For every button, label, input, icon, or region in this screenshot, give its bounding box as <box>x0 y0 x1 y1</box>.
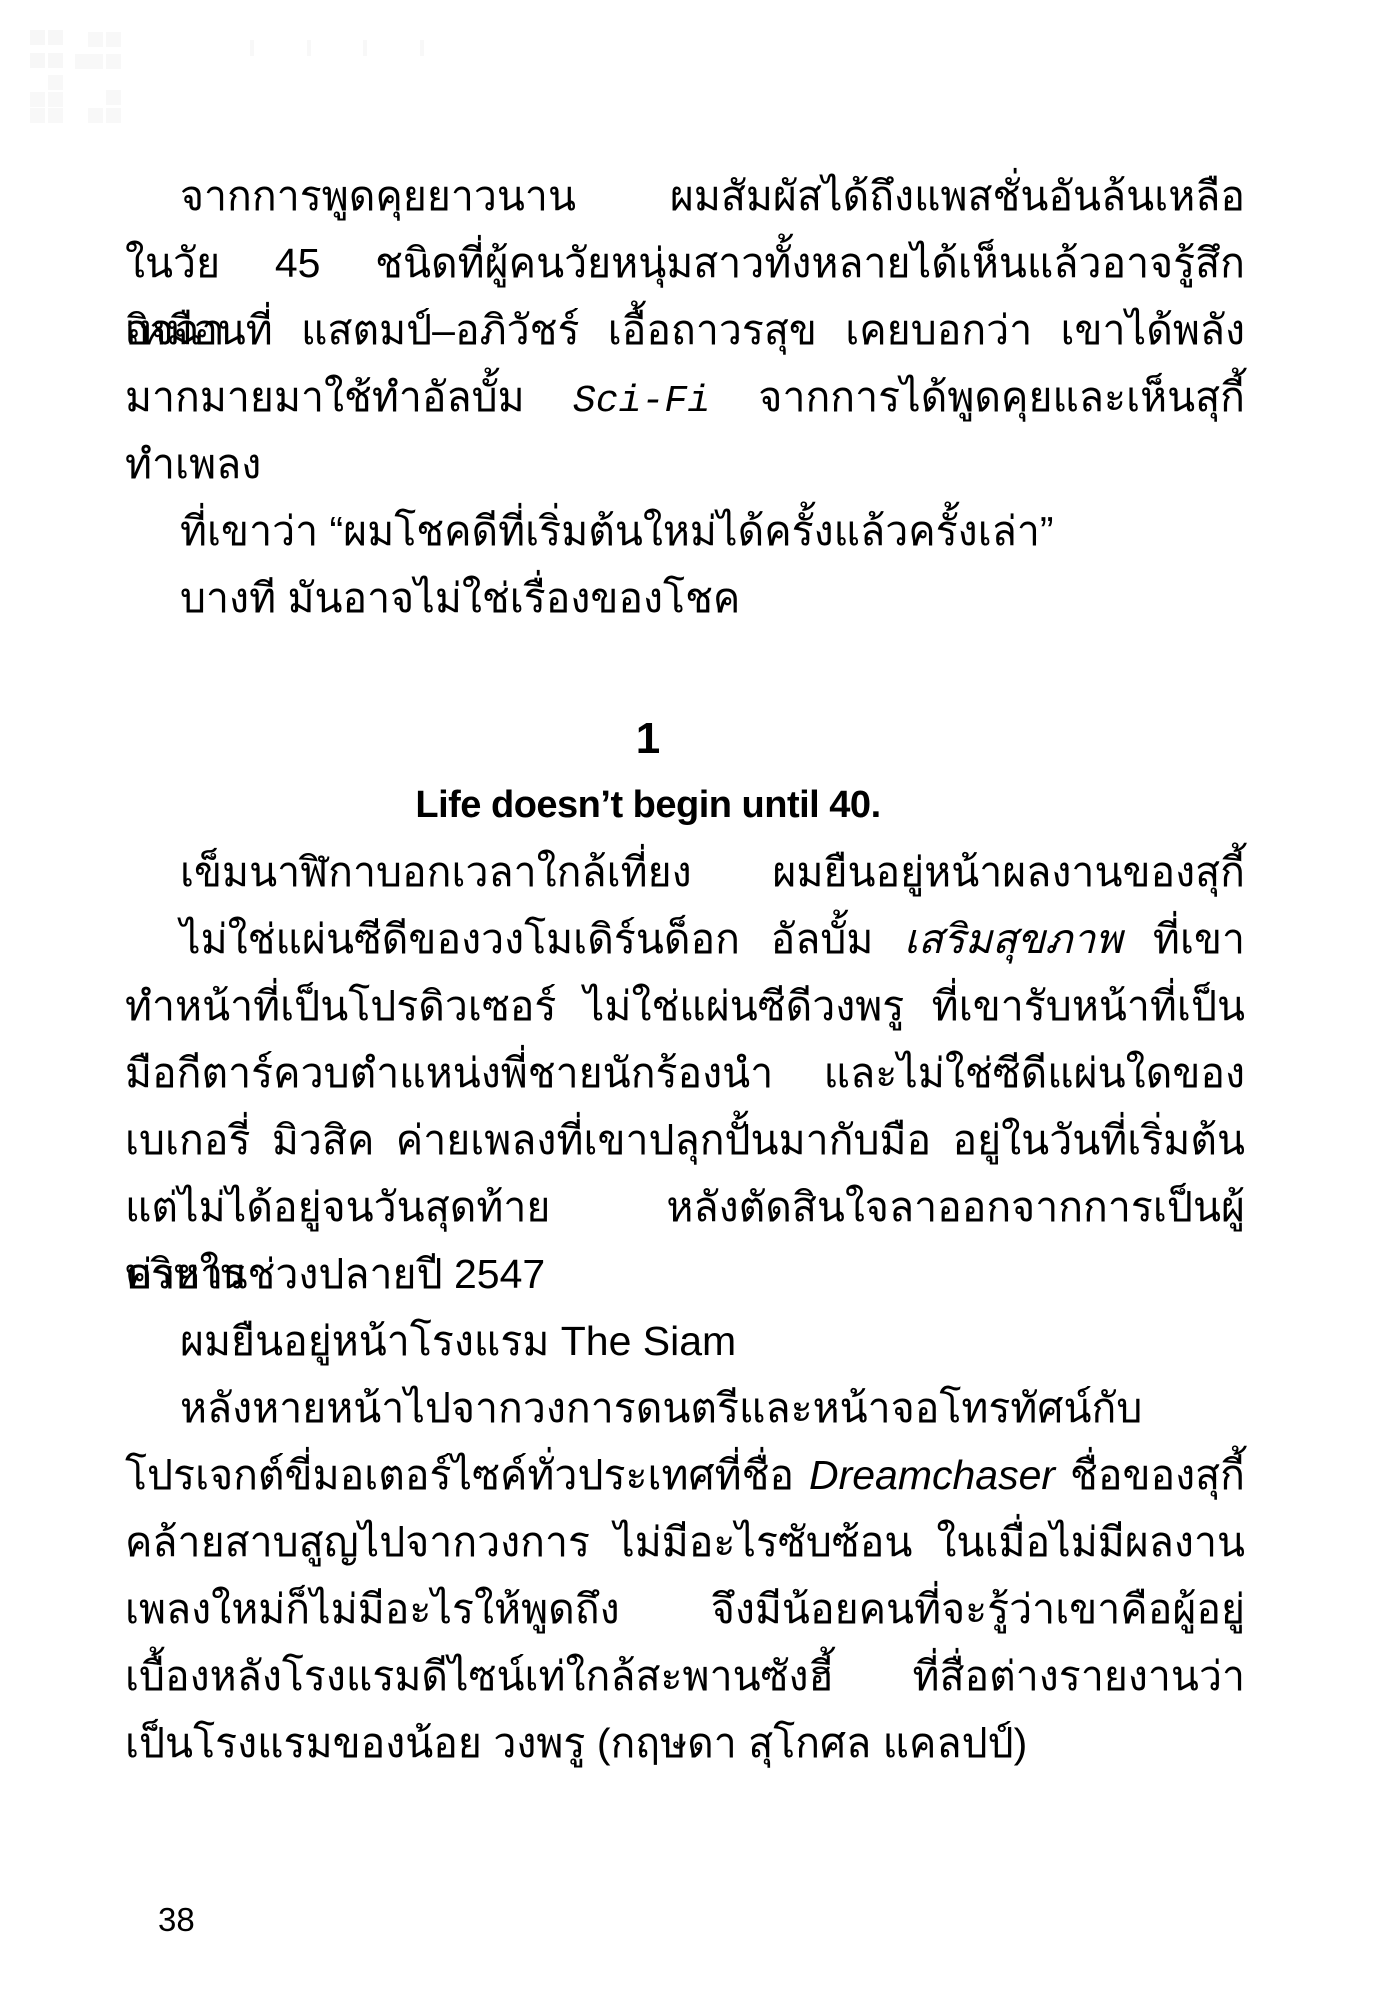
text-segment: จากการได้พูดคุยและเห็นสุกี้ <box>710 374 1245 420</box>
text-segment: โปรเจกต์ขี่มอเตอร์ไซค์ทั่วประเทศที่ชื่อ <box>125 1452 809 1498</box>
print-bleed-artifact <box>30 30 45 45</box>
text-segment: มือกีตาร์ควบตำแหน่งพี่ชายนักร้องนำ และไม… <box>125 1050 1245 1096</box>
text-line: เข็มนาฬิกาบอกเวลาใกล้เที่ยง ผมยืนอยู่หน้… <box>125 839 1245 906</box>
text-line: คล้ายสาบสูญไปจากวงการ ไม่มีอะไรซับซ้อน ใ… <box>125 1509 1245 1576</box>
text-line: เพลงใหม่ก็ไม่มีอะไรให้พูดถึง จึงมีน้อยคน… <box>125 1576 1245 1643</box>
text-segment: มากมายมาใช้ทำอัลบั้ม <box>125 374 573 420</box>
text-segment: ที่เขา <box>1122 916 1245 962</box>
text-segment: เหมือนที่ แสตมป์–อภิวัชร์ เอื้อถาวรสุข เ… <box>125 307 1245 353</box>
text-line: ไม่ใช่แผ่นซีดีของวงโมเดิร์นด็อก อัลบั้ม … <box>125 906 1245 973</box>
text-line: เป็นโรงแรมของน้อย วงพรู (กฤษดา สุโกศล แค… <box>125 1710 1245 1777</box>
text-line: หลังหายหน้าไปจากวงการดนตรีและหน้าจอโทรทั… <box>125 1375 1245 1442</box>
page-number: 38 <box>158 1902 195 1938</box>
intro-paragraphs: จากการพูดคุยยาวนาน ผมสัมผัสได้ถึงแพสชั่น… <box>125 163 1245 632</box>
text-line: ในวัย 45 ชนิดที่ผู้คนวัยหนุ่มสาวทั้งหลาย… <box>125 230 1245 297</box>
text-line: ที่เขาว่า “ผมโชคดีที่เริ่มต้นใหม่ได้ครั้… <box>125 498 1245 565</box>
text-line: ทำหน้าที่เป็นโปรดิวเซอร์ ไม่ใช่แผ่นซีดีว… <box>125 973 1245 1040</box>
book-page: { "colors": { "ink": "#000000", "paper":… <box>0 0 1400 2016</box>
text-line: เหมือนที่ แสตมป์–อภิวัชร์ เอื้อถาวรสุข เ… <box>125 297 1245 364</box>
text-line: เบื้องหลังโรงแรมดีไซน์เท่ใกล้สะพานซังฮี้… <box>125 1643 1245 1710</box>
text-segment: เพลงใหม่ก็ไม่มีอะไรให้พูดถึง จึงมีน้อยคน… <box>125 1586 1245 1632</box>
chapter-number: 1 <box>125 705 1171 772</box>
text-line: โปรเจกต์ขี่มอเตอร์ไซค์ทั่วประเทศที่ชื่อ … <box>125 1442 1245 1509</box>
text-line: ผมยืนอยู่หน้าโรงแรม The Siam <box>125 1308 1245 1375</box>
text-line: แต่ไม่ได้อยู่จนวันสุดท้าย หลังตัดสินใจลา… <box>125 1174 1245 1241</box>
emphasized-text: Sci-Fi <box>573 380 710 423</box>
text-segment: จากการพูดคุยยาวนาน ผมสัมผัสได้ถึงแพสชั่น… <box>180 173 1245 219</box>
text-segment: ชื่อของสุกี้ <box>1055 1452 1245 1498</box>
text-segment: ทำหน้าที่เป็นโปรดิวเซอร์ ไม่ใช่แผ่นซีดีว… <box>125 983 1245 1029</box>
text-segment: ผมยืนอยู่หน้าโรงแรม The Siam <box>180 1318 736 1364</box>
text-segment: คล้ายสาบสูญไปจากวงการ ไม่มีอะไรซับซ้อน ใ… <box>125 1519 1245 1565</box>
chapter-heading: 1 Life doesn’t begin until 40. <box>125 705 1171 839</box>
text-line: ค่ายในช่วงปลายปี 2547 <box>125 1241 1245 1308</box>
page-content: จากการพูดคุยยาวนาน ผมสัมผัสได้ถึงแพสชั่น… <box>125 163 1245 1777</box>
text-line: มากมายมาใช้ทำอัลบั้ม Sci-Fi จากการได้พูด… <box>125 364 1245 431</box>
emphasized-text: เสริมสุขภาพ <box>904 916 1122 962</box>
text-segment: ไม่ใช่แผ่นซีดีของวงโมเดิร์นด็อก อัลบั้ม <box>180 916 904 962</box>
text-segment: บางที มันอาจไม่ใช่เรื่องของโชค <box>180 575 740 621</box>
text-segment: เบื้องหลังโรงแรมดีไซน์เท่ใกล้สะพานซังฮี้… <box>125 1653 1245 1699</box>
text-line: เบเกอรี่ มิวสิค ค่ายเพลงที่เขาปลุกปั้นมา… <box>125 1107 1245 1174</box>
text-segment: เบเกอรี่ มิวสิค ค่ายเพลงที่เขาปลุกปั้นมา… <box>125 1117 1245 1163</box>
emphasized-text: Dreamchaser <box>809 1452 1055 1498</box>
text-line: จากการพูดคุยยาวนาน ผมสัมผัสได้ถึงแพสชั่น… <box>125 163 1245 230</box>
text-segment: ค่ายในช่วงปลายปี 2547 <box>125 1251 545 1297</box>
text-segment: เป็นโรงแรมของน้อย วงพรู (กฤษดา สุโกศล แค… <box>125 1720 1027 1766</box>
text-line: ทำเพลง <box>125 431 1245 498</box>
chapter-title: Life doesn’t begin until 40. <box>125 772 1171 839</box>
text-line: บางที มันอาจไม่ใช่เรื่องของโชค <box>125 565 1245 632</box>
print-bleed-artifact <box>250 40 254 56</box>
text-line: มือกีตาร์ควบตำแหน่งพี่ชายนักร้องนำ และไม… <box>125 1040 1245 1107</box>
text-segment: หลังหายหน้าไปจากวงการดนตรีและหน้าจอโทรทั… <box>180 1385 1142 1431</box>
text-segment: เข็มนาฬิกาบอกเวลาใกล้เที่ยง ผมยืนอยู่หน้… <box>180 849 1245 895</box>
text-segment: ที่เขาว่า “ผมโชคดีที่เริ่มต้นใหม่ได้ครั้… <box>180 508 1054 554</box>
body-paragraphs: เข็มนาฬิกาบอกเวลาใกล้เที่ยง ผมยืนอยู่หน้… <box>125 839 1245 1777</box>
text-segment: ทำเพลง <box>125 441 261 487</box>
